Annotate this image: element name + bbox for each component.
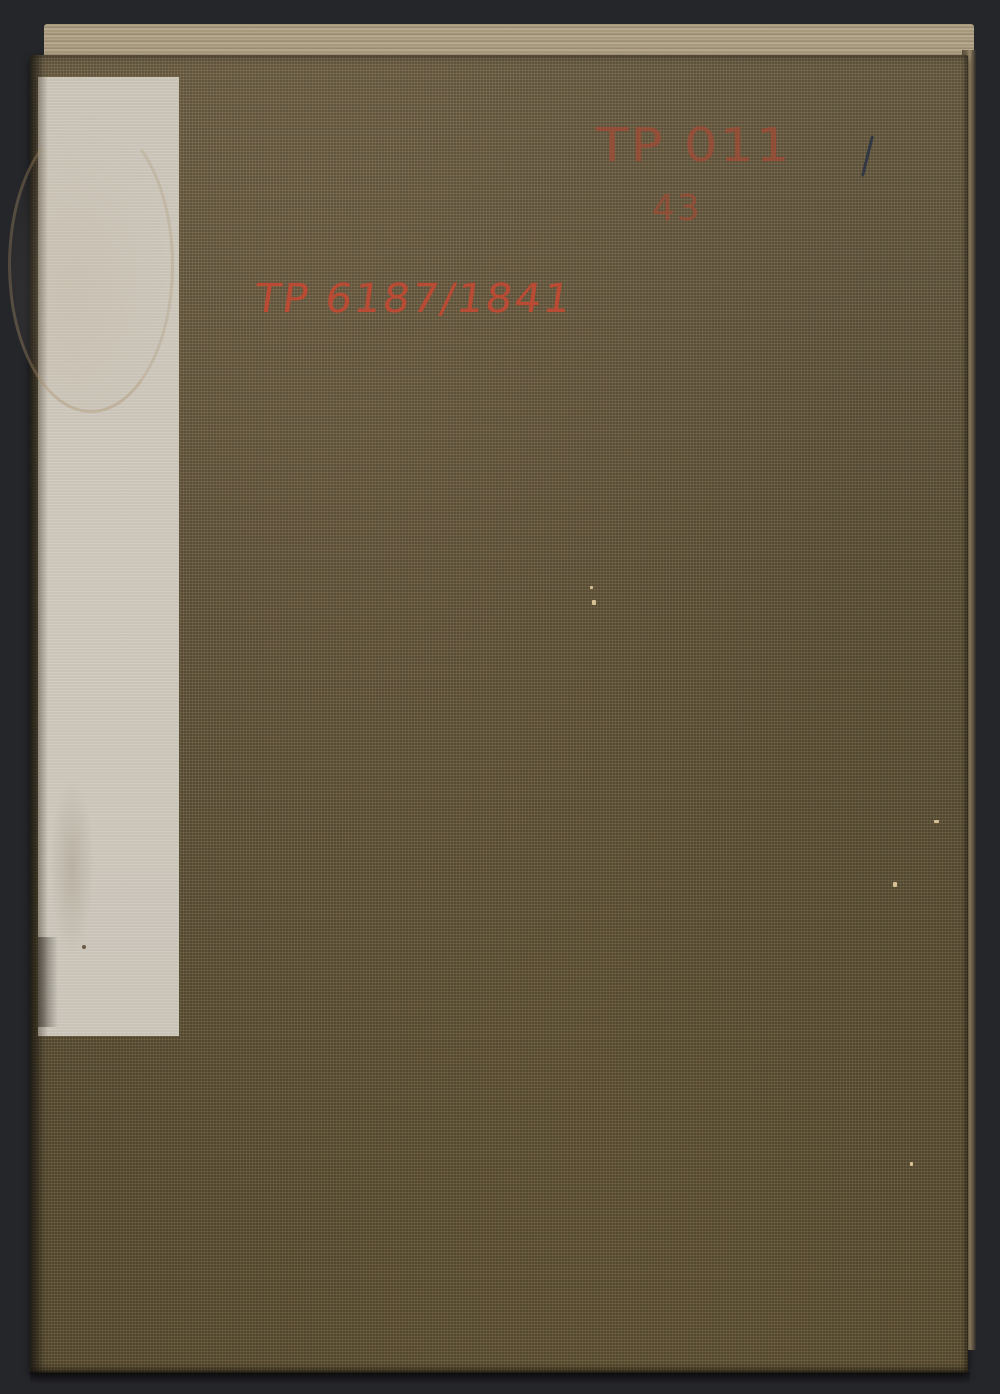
lower-stain <box>50 777 94 957</box>
scan-background: TP 011 43 TP 6187/1841 <box>0 0 1000 1394</box>
cloth-speck <box>910 1162 913 1166</box>
call-number-sub: 43 <box>652 188 702 229</box>
cloth-speck <box>934 820 939 823</box>
call-number-main: TP 6187/1841 <box>252 276 576 322</box>
edge-tear <box>38 937 58 1027</box>
title-slip <box>38 77 179 1036</box>
page-edges-top <box>44 24 974 56</box>
cloth-speck <box>893 882 897 887</box>
cloth-speck <box>590 586 593 589</box>
call-number-top: TP 011 <box>596 118 792 172</box>
ink-dot <box>82 945 86 949</box>
cover-shadow <box>30 1372 970 1384</box>
edge-stain <box>38 77 48 1036</box>
cloth-speck <box>592 600 596 605</box>
